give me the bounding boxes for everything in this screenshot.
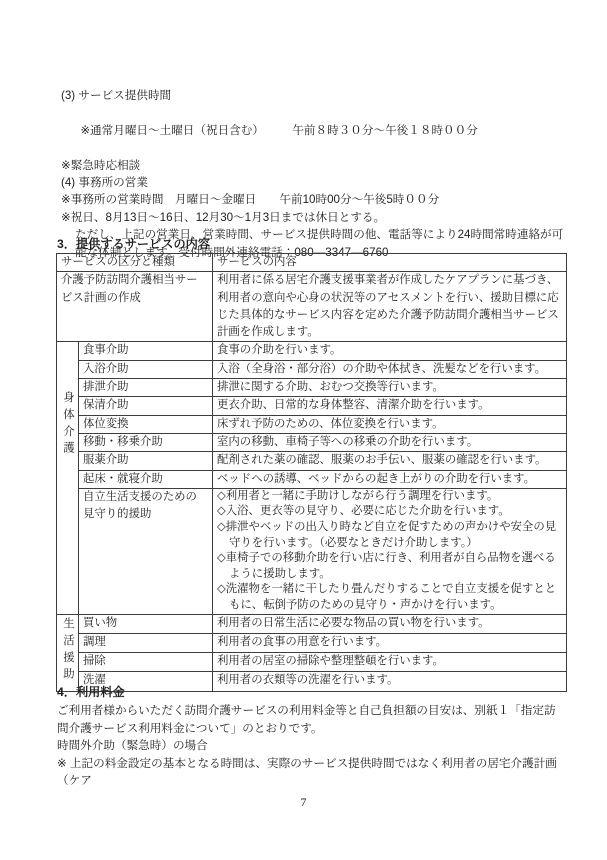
service-hours-weekday-line: ※通常月曜日～土曜日（祝日含む）午前８時３０分～午後１８時００分 xyxy=(57,104,567,156)
row-content: 利用者の衣類等の洗濯を行います。 xyxy=(213,672,567,691)
life-support-group-cell: 生活援助 xyxy=(57,614,79,691)
row-label: 食事介助 xyxy=(79,342,213,360)
service-hours-weekday-label: ※通常月曜日～土曜日（祝日含む） xyxy=(80,122,292,139)
table-row: 服薬介助 配剤された薬の確認、服薬のお手伝い、服薬の確認を行います。 xyxy=(57,452,567,470)
table-header-row: サービスの区分と種類 サービスの内容 xyxy=(57,254,567,272)
service-hours-section: (3) サービス提供時間 ※通常月曜日～土曜日（祝日含む）午前８時３０分～午後１… xyxy=(57,87,567,261)
row-label: 保清介助 xyxy=(79,397,213,415)
plan-row-label: 介護予防訪問介護相当サービス計画の作成 xyxy=(57,272,213,342)
row-label: 掃除 xyxy=(79,653,213,672)
row-content: 更衣介助、日常的な身体整容、清潔介助を行います。 xyxy=(213,397,567,415)
row-label: 服薬介助 xyxy=(79,452,213,470)
plan-row-content: 利用者に係る居宅介護支援事業者が作成したケアプランに基づき、利用者の意向や心身の… xyxy=(213,272,567,342)
fees-paragraph: ご利用者様からいただく訪問介護サービスの利用料金等と自己負担額の目安は、別紙１「… xyxy=(57,702,567,737)
row-content: 入浴（全身浴・部分浴）の介助や体拭き、洗髪などを行います。 xyxy=(213,360,567,378)
fees-note-line: ※ 上記の料金設定の基本となる時間は、実際のサービス提供時間ではなく利用者の居宅… xyxy=(57,755,567,790)
table-row: 移動・移乗介助 室内の移動、車椅子等への移乗の介助を行います。 xyxy=(57,433,567,451)
office-hours-title: (4) 事務所の営業 xyxy=(57,174,567,191)
support-item: ◇洗濯物を一緒に干したり畳んだりすることで自立支援を促すとともに、転倒予防のため… xyxy=(217,582,562,613)
support-item: ◇利用者と一緒に手助けしながら行う調理を行います。 xyxy=(217,489,562,505)
row-content: 配剤された薬の確認、服薬のお手伝い、服薬の確認を行います。 xyxy=(213,452,567,470)
support-item: ◇入浴、更衣等の見守り、必要に応じた介助を行います。 xyxy=(217,504,562,520)
table-row: 調理 利用者の食事の用意を行います。 xyxy=(57,633,567,652)
office-hours-line: ※事務所の営業時間 月曜日～金曜日 午前10時00分～午後5時００分 xyxy=(57,191,567,208)
fees-section: ご利用者様からいただく訪問介護サービスの利用料金等と自己負担額の目安は、別紙１「… xyxy=(57,702,567,790)
independence-support-content: ◇利用者と一緒に手助けしながら行う調理を行います。 ◇入浴、更衣等の見守り、必要… xyxy=(213,488,567,614)
life-support-group-label: 生活援助 xyxy=(57,617,79,685)
document-page: (3) サービス提供時間 ※通常月曜日～土曜日（祝日含む）午前８時３０分～午後１… xyxy=(0,0,607,860)
row-content: 利用者の食事の用意を行います。 xyxy=(213,633,567,652)
row-content: 利用者の日常生活に必要な物品の買い物を行います。 xyxy=(213,614,567,633)
row-content: 食事の介助を行います。 xyxy=(213,342,567,360)
row-label: 買い物 xyxy=(79,614,213,633)
service-hours-title: (3) サービス提供時間 xyxy=(57,87,567,104)
emergency-note: ※緊急時応相談 xyxy=(57,157,567,174)
row-label: 自立生活支援のための見守り的援助 xyxy=(79,488,213,614)
row-content: 室内の移動、車椅子等への移乗の介助を行います。 xyxy=(213,433,567,451)
table-row: 身体介護 食事介助 食事の介助を行います。 xyxy=(57,342,567,360)
row-label: 移動・移乗介助 xyxy=(79,433,213,451)
table-row: 保清介助 更衣介助、日常的な身体整容、清潔介助を行います。 xyxy=(57,397,567,415)
section3-heading: 3．提供するサービスの内容 xyxy=(57,236,210,253)
table-row: 入浴介助 入浴（全身浴・部分浴）の介助や体拭き、洗髪などを行います。 xyxy=(57,360,567,378)
table-row: 起床・就寝介助 ベッドへの誘導、ベッドからの起き上がりの介助を行います。 xyxy=(57,470,567,488)
row-content: 利用者の居室の掃除や整理整頓を行います。 xyxy=(213,653,567,672)
service-hours-weekday-time: 午前８時３０分～午後１８時００分 xyxy=(292,124,478,137)
plan-row: 介護予防訪問介護相当サービス計画の作成 利用者に係る居宅介護支援事業者が作成した… xyxy=(57,272,567,342)
page-number: 7 xyxy=(0,795,607,810)
holiday-note: ※祝日、8月13日～16日、12月30～1月3日までは休日とする。 xyxy=(57,209,567,226)
row-label: 体位変換 xyxy=(79,415,213,433)
row-content: 排泄に関する介助、おむつ交換等行います。 xyxy=(213,379,567,397)
row-content: 床ずれ予防のための、体位変換を行います。 xyxy=(213,415,567,433)
table-row: 体位変換 床ずれ予防のための、体位変換を行います。 xyxy=(57,415,567,433)
header-content-cell: サービスの内容 xyxy=(213,254,567,272)
table-row: 掃除 利用者の居室の掃除や整理整頓を行います。 xyxy=(57,653,567,672)
table-row: 洗濯 利用者の衣類等の洗濯を行います。 xyxy=(57,672,567,691)
row-content: ベッドへの誘導、ベッドからの起き上がりの介助を行います。 xyxy=(213,470,567,488)
table-row: 生活援助 買い物 利用者の日常生活に必要な物品の買い物を行います。 xyxy=(57,614,567,633)
row-label: 排泄介助 xyxy=(79,379,213,397)
services-table: サービスの区分と種類 サービスの内容 介護予防訪問介護相当サービス計画の作成 利… xyxy=(56,253,567,692)
section4-heading: 4．利用料金 xyxy=(57,684,125,701)
row-label: 起床・就寝介助 xyxy=(79,470,213,488)
support-item: ◇車椅子での移動介助を行い店に行き、利用者が自ら品物を選べるように援助します。 xyxy=(217,551,562,582)
overtime-case-line: 時間外介助（緊急時）の場合 xyxy=(57,737,567,755)
support-item: ◇排泄やベッドの出入り時など自立を促すための声かけや安全の見守りを行います。（必… xyxy=(217,520,562,551)
table-row: 排泄介助 排泄に関する介助、おむつ交換等行います。 xyxy=(57,379,567,397)
body-care-group-cell: 身体介護 xyxy=(57,342,79,614)
header-category-cell: サービスの区分と種類 xyxy=(57,254,213,272)
row-label: 調理 xyxy=(79,633,213,652)
body-care-group-label: 身体介護 xyxy=(57,391,79,459)
independence-support-row: 自立生活支援のための見守り的援助 ◇利用者と一緒に手助けしながら行う調理を行いま… xyxy=(57,488,567,614)
row-label: 入浴介助 xyxy=(79,360,213,378)
